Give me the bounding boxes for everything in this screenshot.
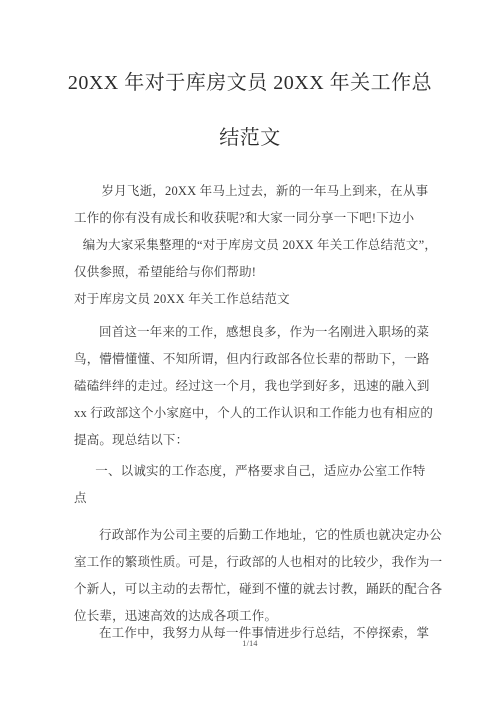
document-title: 20XX 年对于库房文员 20XX 年关工作总 结范文 — [0, 0, 500, 166]
text-line: 磕磕绊绊的走过。经过这一个月，我也学到好多，迅速的融入到 — [74, 373, 426, 400]
body-paragraph: 行政部作为公司主要的后勤工作地址，它的性质也就决定办公室工作的繁琐性质。可是，行… — [74, 522, 426, 630]
text-line: 个新人，可以主动的去帮忙，碰到不懂的就去讨教，踊跃的配合各 — [74, 576, 426, 603]
section-heading: 一、以诚实的工作态度，严格要求自己，适应办公室工作特点 — [74, 458, 426, 512]
text-line: 提高。现总结以下： — [74, 427, 426, 454]
section-heading: 对于库房文员 20XX 年关工作总结范文 — [74, 286, 426, 313]
text-line: 岁月飞逝，20XX 年马上过去，新的一年马上到来，在从事 — [74, 178, 426, 205]
document-body: 岁月飞逝，20XX 年马上过去，新的一年马上到来，在从事工作的你有没有成长和收获… — [74, 178, 426, 647]
body-paragraph: 岁月飞逝，20XX 年马上过去，新的一年马上到来，在从事工作的你有没有成长和收获… — [74, 178, 426, 286]
text-line: 回首这一年来的工作，感想良多，作为一名刚进入职场的菜 — [74, 319, 426, 346]
text-line: 工作的你有没有成长和收获呢?和大家一同分享一下吧!下边小 — [74, 205, 426, 232]
body-paragraph: 回首这一年来的工作，感想良多，作为一名刚进入职场的菜鸟，懵懵懂懂、不知所谓，但内… — [74, 319, 426, 454]
title-line-2: 结范文 — [0, 111, 500, 166]
text-line: 仅供参照，希望能给与你们帮助! — [74, 259, 426, 286]
text-line: 鸟，懵懵懂懂、不知所谓，但内行政部各位长辈的帮助下，一路 — [74, 346, 426, 373]
document-page: 20XX 年对于库房文员 20XX 年关工作总 结范文 岁月飞逝，20XX 年马… — [0, 0, 500, 708]
text-line: 室工作的繁琐性质。可是，行政部的人也相对的比较少，我作为一 — [74, 549, 426, 576]
text-line: 点 — [74, 485, 426, 512]
text-line: 对于库房文员 20XX 年关工作总结范文 — [74, 286, 426, 313]
title-line-1: 20XX 年对于库房文员 20XX 年关工作总 — [0, 56, 500, 111]
text-line: 行政部作为公司主要的后勤工作地址，它的性质也就决定办公 — [74, 522, 426, 549]
text-line: 一、以诚实的工作态度，严格要求自己，适应办公室工作特 — [74, 458, 426, 485]
text-line: xx 行政部这个小家庭中，个人的工作认识和工作能力也有相应的 — [74, 400, 426, 427]
text-line: 编为大家采集整理的“对于库房文员 20XX 年关工作总结范文”， — [74, 232, 426, 259]
